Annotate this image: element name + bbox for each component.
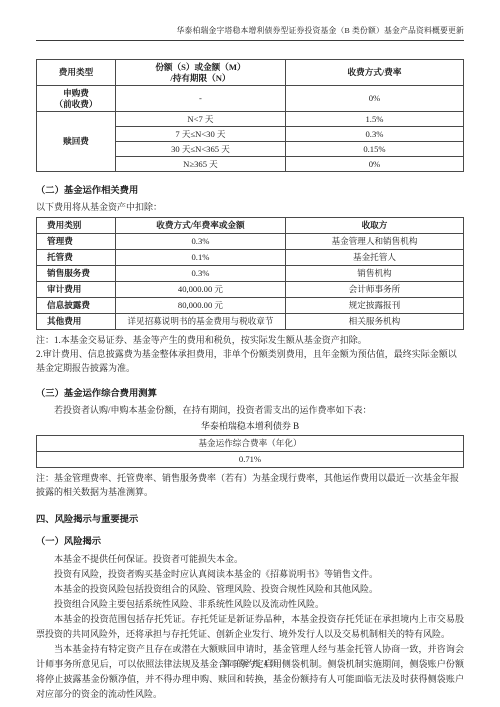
- fee-category-cell: 信息披露费: [37, 298, 116, 314]
- table-row: 托管费 0.1% 基金托管人: [37, 250, 464, 266]
- table-row: 销售服务费 0.3% 销售机构: [37, 266, 464, 282]
- subscription-rate: 0%: [285, 86, 463, 112]
- recipient-cell: 相关服务机构: [285, 314, 463, 330]
- recipient-cell: 基金托管人: [285, 250, 463, 266]
- fee-category-cell: 托管费: [37, 250, 116, 266]
- document-page: 华泰柏瑞金字塔稳本增利债券型证券投资基金（B 类份额）基金产品资料概要更新 费用…: [0, 0, 500, 707]
- share-amount-header: 份额（S）或金额（M） /持有期限（N）: [115, 60, 285, 86]
- document-header-title: 华泰柏瑞金字塔稳本增利债券型证券投资基金（B 类份额）基金产品资料概要更新: [36, 25, 464, 41]
- risk-paragraph: 投资组合风险主要包括系统性风险、非系统性风险以及流动性风险。: [36, 597, 464, 612]
- rate-cell: 40,000.00 元: [115, 282, 285, 298]
- table-row: 0.71%: [37, 452, 464, 468]
- fee-category-cell: 审计费用: [37, 282, 116, 298]
- table-row: 审计费用 40,000.00 元 会计师事务所: [37, 282, 464, 298]
- recipient-header: 收取方: [285, 218, 463, 234]
- recipient-cell: 基金管理人和销售机构: [285, 234, 463, 250]
- fee-category-cell: 销售服务费: [37, 266, 116, 282]
- redemption-rate: 0.3%: [285, 127, 463, 142]
- fund-share-name: 华泰柏瑞稳本增利债券 B: [36, 419, 464, 433]
- rate-cell: 0.3%: [115, 234, 285, 250]
- subscription-condition: -: [115, 86, 285, 112]
- page-number-footer: 第 3页 共 4页: [0, 658, 500, 669]
- risk-paragraphs: 本基金不提供任何保证。投资者可能损失本金。 投资有风险，投资者购买基金时应认真阅…: [36, 552, 464, 702]
- comprehensive-rate-value: 0.71%: [37, 452, 464, 468]
- risk-paragraph: 当本基金持有特定资产且存在或潜在大额赎回申请时，基金管理人经与基金托管人协商一致…: [36, 642, 464, 702]
- risk-paragraph: 本基金的投资风险包括投资组合的风险、管理风险、投资合规性风险和其他风险。: [36, 582, 464, 597]
- fee-category-header: 费用类别: [37, 218, 116, 234]
- rate-cell: 0.3%: [115, 266, 285, 282]
- table-header-row: 基金运作综合费率（年化）: [37, 436, 464, 452]
- recipient-cell: 销售机构: [285, 266, 463, 282]
- comprehensive-rate-table: 基金运作综合费率（年化） 0.71%: [36, 435, 464, 468]
- table-header-row: 费用类别 收费方式/年费率或金额 收取方: [37, 218, 464, 234]
- fee-type-header: 费用类型: [37, 60, 116, 86]
- redemption-rate: 0%: [285, 157, 463, 172]
- risk-paragraph: 本基金的投资范围包括存托凭证。存托凭证是新证券品种，本基金投资存托凭证在承担境内…: [36, 612, 464, 642]
- comprehensive-intro: 若投资者认购/申购本基金份额，在持有期间，投资者需支出的运作费率如下表：: [36, 403, 464, 417]
- redemption-tier-row: 赎回费 N<7 天 1.5%: [37, 112, 464, 127]
- redemption-fee-label: 赎回费: [37, 112, 116, 172]
- operation-fees-note: 注：1.本基金交易证券、基金等产生的费用和税负，按实际发生额从基金资产扣除。 2…: [36, 333, 464, 375]
- redemption-condition: N≥365 天: [115, 157, 285, 172]
- note-line-2: 2.审计费用、信息披露费为基金整体承担费用，非单个份额类别费用，且年金额为预估值…: [36, 347, 464, 375]
- section-heading-comprehensive-fees: （三）基金运作综合费用测算: [36, 388, 464, 401]
- section-heading-operation-fees: （二）基金运作相关费用: [36, 185, 464, 198]
- table-row: 信息披露费 80,000.00 元 规定披露报刊: [37, 298, 464, 314]
- redemption-condition: N<7 天: [115, 112, 285, 127]
- table-row: 管理费 0.3% 基金管理人和销售机构: [37, 234, 464, 250]
- comprehensive-rate-header: 基金运作综合费率（年化）: [37, 436, 464, 452]
- fee-category-cell: 其他费用: [37, 314, 116, 330]
- redemption-condition: 30 天≤N<365 天: [115, 142, 285, 157]
- rate-cell: 详见招募说明书的基金费用与税收章节: [115, 314, 285, 330]
- subscription-fee-row: 申购费 （前收费） - 0%: [37, 86, 464, 112]
- charge-method-header: 收费方式/费率: [285, 60, 463, 86]
- redemption-rate: 1.5%: [285, 112, 463, 127]
- recipient-cell: 会计师事务所: [285, 282, 463, 298]
- operation-fee-table: 费用类别 收费方式/年费率或金额 收取方 管理费 0.3% 基金管理人和销售机构…: [36, 217, 464, 330]
- risk-paragraph: 本基金不提供任何保证。投资者可能损失本金。: [36, 552, 464, 567]
- note-line-1: 注：1.本基金交易证券、基金等产生的费用和税负，按实际发生额从基金资产扣除。: [36, 333, 464, 347]
- table-header-row: 费用类型 份额（S）或金额（M） /持有期限（N） 收费方式/费率: [37, 60, 464, 86]
- operation-fees-intro: 以下费用将从基金资产中扣除：: [36, 200, 464, 214]
- share-amount-header-line1: 份额（S）或金额（M）: [120, 62, 281, 73]
- table-row: 其他费用 详见招募说明书的基金费用与税收章节 相关服务机构: [37, 314, 464, 330]
- share-amount-header-line2: /持有期限（N）: [120, 73, 281, 84]
- risk-paragraph: 投资有风险，投资者购买基金时应认真阅读本基金的《招募说明书》等销售文件。: [36, 567, 464, 582]
- fee-category-cell: 管理费: [37, 234, 116, 250]
- subsection-heading-risk: （一）风险揭示: [36, 536, 464, 549]
- recipient-cell: 规定披露报刊: [285, 298, 463, 314]
- redemption-condition: 7 天≤N<30 天: [115, 127, 285, 142]
- rate-cell: 0.1%: [115, 250, 285, 266]
- section-heading-risk-disclosure: 四、风险揭示与重要提示: [36, 514, 464, 527]
- purchase-fee-table: 费用类型 份额（S）或金额（M） /持有期限（N） 收费方式/费率 申购费 （前…: [36, 59, 464, 172]
- redemption-rate: 0.15%: [285, 142, 463, 157]
- subscription-fee-label: 申购费 （前收费）: [37, 86, 116, 112]
- rate-cell: 80,000.00 元: [115, 298, 285, 314]
- comprehensive-note: 注：基金管理费率、托管费率、销售服务费率（若有）为基金现行费率，其他运作费用以最…: [36, 471, 464, 499]
- rate-or-amount-header: 收费方式/年费率或金额: [115, 218, 285, 234]
